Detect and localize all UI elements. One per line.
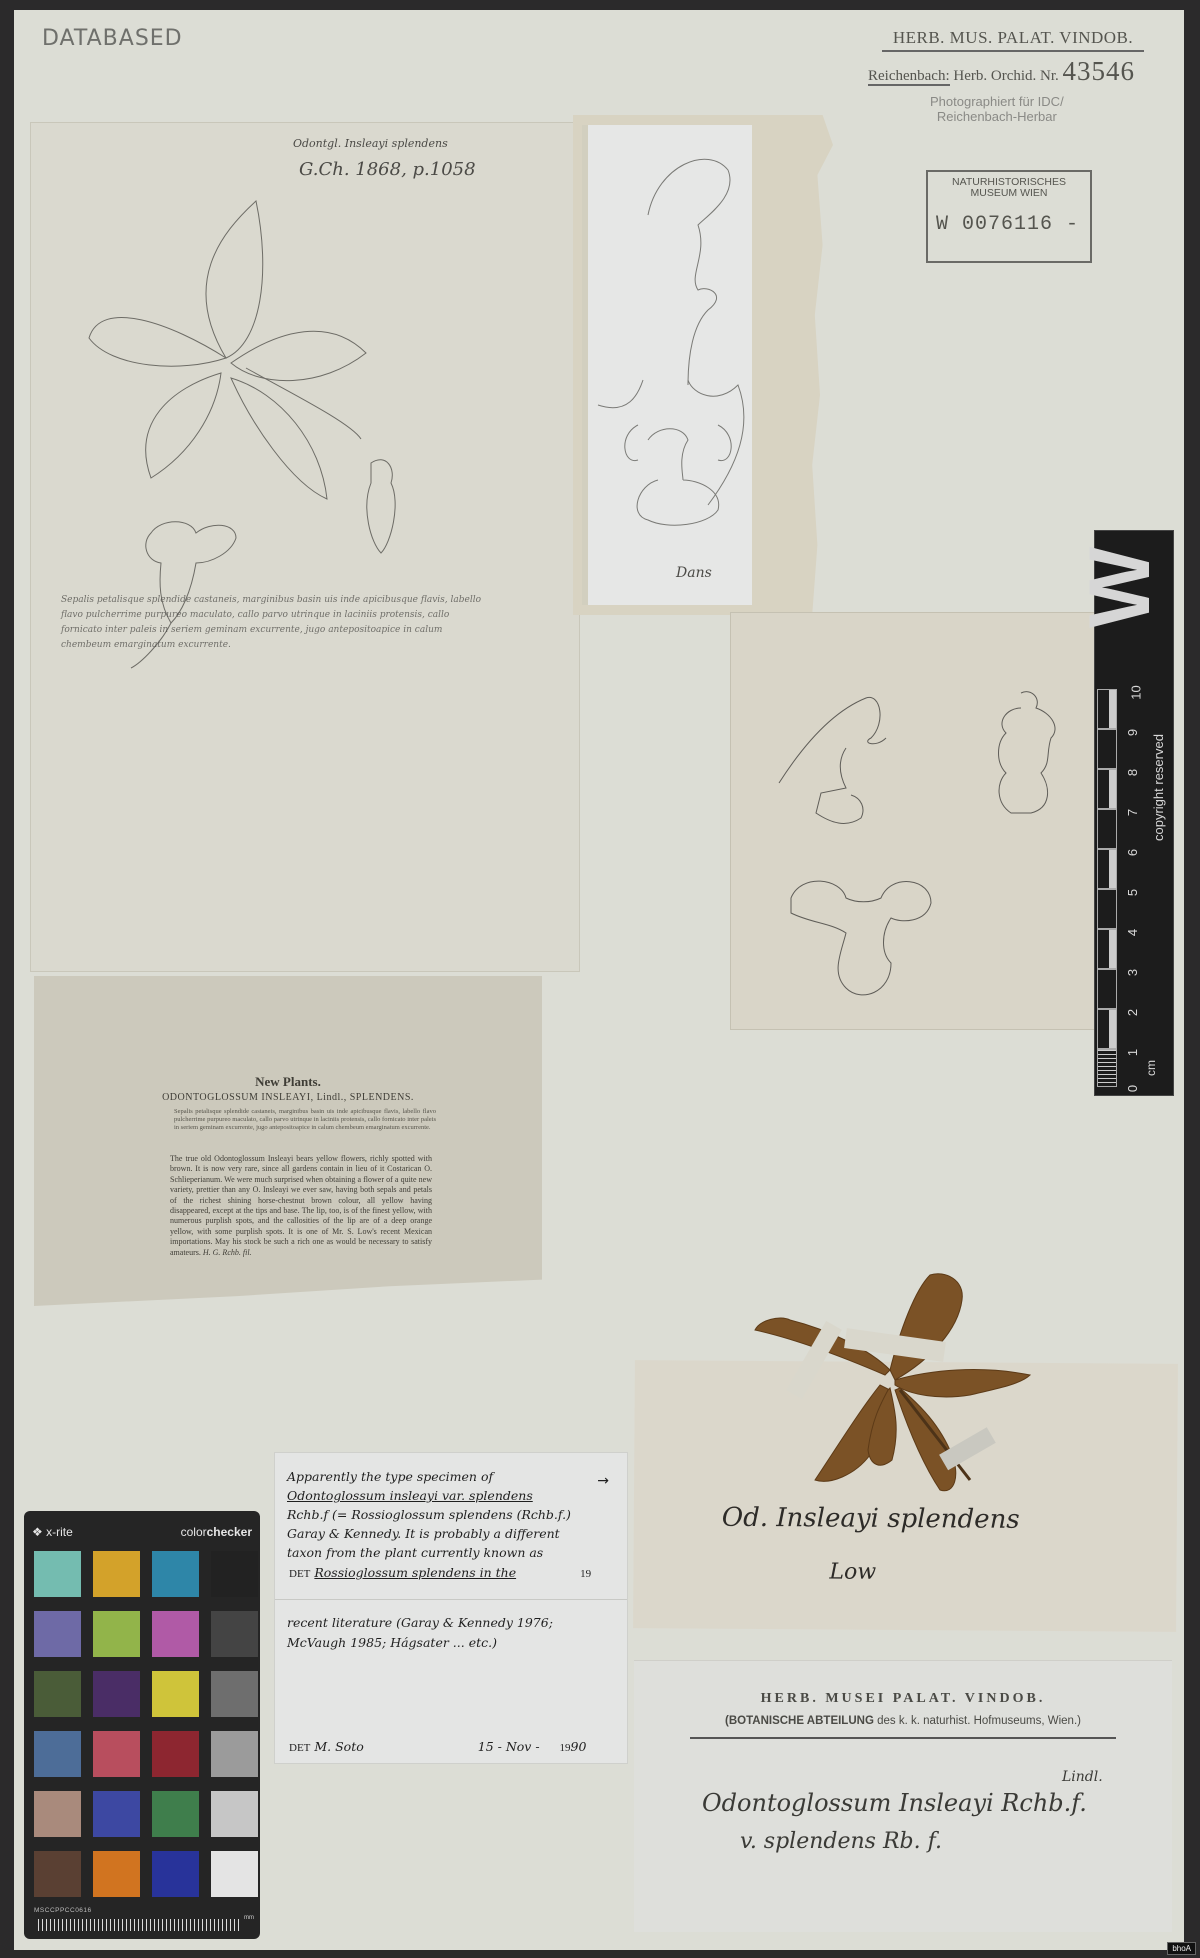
- databased-stamp: DATABASED: [42, 26, 183, 51]
- product-light: color: [181, 1525, 207, 1539]
- det-line-6: Rossioglossum splendens in the: [314, 1565, 516, 1580]
- clipping-signature: H. G. Rchb. fil.: [203, 1248, 252, 1257]
- floral-dissection-sheet: [730, 612, 1098, 1030]
- museum-label-sub-bold: (BOTANISCHE ABTEILUNG: [725, 1715, 874, 1727]
- mm-unit-label: mm: [244, 1915, 254, 1921]
- color-patch: [34, 1851, 81, 1897]
- nhm-line2: MUSEUM WIEN: [928, 188, 1090, 199]
- scale-num-4: 4: [1125, 929, 1140, 936]
- det-continuation-2: McVaugh 1985; Hágsater ... etc.): [287, 1633, 497, 1652]
- color-patch: [152, 1551, 199, 1597]
- color-patch: [211, 1551, 258, 1597]
- det-continuation-1: recent literature (Garay & Kennedy 1976;: [287, 1613, 553, 1632]
- scale-num-8: 8: [1125, 769, 1140, 776]
- colorchecker-serial: MSCCPPCC0616: [34, 1907, 92, 1914]
- specimen-label-collector: Low: [829, 1559, 876, 1584]
- newspaper-clipping: New Plants. ODONTOGLOSSUM INSLEAYI, Lind…: [34, 976, 542, 1306]
- colorchecker-product: colorchecker: [181, 1525, 252, 1539]
- color-patch: [152, 1791, 199, 1837]
- w-logo-icon: W: [1088, 564, 1178, 628]
- cm-unit-label: cm: [1144, 1060, 1158, 1076]
- column-sketch: [588, 125, 752, 605]
- handwritten-notes-text: Sepalis petalisque splendide castaneis, …: [61, 595, 481, 650]
- card-divider: [275, 1599, 627, 1600]
- color-patch: [211, 1731, 258, 1777]
- colorchecker-header: ❖ x-rite colorchecker: [32, 1525, 252, 1539]
- orchid-flower-sketch: [31, 123, 581, 973]
- scale-num-5: 5: [1125, 889, 1140, 896]
- herbarium-number: 43546: [1063, 56, 1136, 86]
- det-line-1: Apparently the type specimen of: [287, 1467, 493, 1486]
- scale-num-9: 9: [1125, 729, 1140, 736]
- color-patch: [93, 1611, 140, 1657]
- herbarium-header-line1: HERB. MUS. PALAT. VINDOB.: [882, 28, 1144, 52]
- color-patch: [211, 1791, 258, 1837]
- color-patch: [152, 1851, 199, 1897]
- color-patch: [93, 1671, 140, 1717]
- dried-orchid-specimen: [730, 1220, 1050, 1520]
- det-label: DET: [289, 1742, 310, 1754]
- det-line-3: Rchb.f (= Rossioglossum splendens (Rchb.…: [287, 1505, 571, 1524]
- museum-label-correction: Lindl.: [1062, 1769, 1103, 1785]
- xrite-brand: x-rite: [46, 1525, 73, 1539]
- scale-num-1: 1: [1125, 1049, 1140, 1056]
- herb-orchid-label: Herb. Orchid. Nr.: [953, 68, 1058, 84]
- color-patch: [93, 1731, 140, 1777]
- clipping-species-line: ODONTOGLOSSUM INSLEAYI, Lindl., SPLENDEN…: [34, 1092, 542, 1103]
- herbarium-header-stamp: HERB. MUS. PALAT. VINDOB. Reichenbach: H…: [868, 28, 1188, 87]
- det-label-top: DET: [289, 1568, 310, 1580]
- determination-card: → Apparently the type specimen of Odonto…: [274, 1452, 628, 1764]
- color-patch: [34, 1791, 81, 1837]
- scale-numbers: 10 9 8 7 6 5 4 3 2 1 0: [1129, 681, 1143, 1081]
- herbarium-header-line2: Reichenbach: Herb. Orchid. Nr. 43546: [868, 56, 1188, 87]
- nhm-barcode-stamp: NATURHISTORISCHES MUSEUM WIEN W 0076116 …: [926, 170, 1092, 263]
- color-patch: [211, 1671, 258, 1717]
- det-year-prefix: 19: [560, 1742, 571, 1754]
- museum-label-sub-rest: des k. k. naturhist. Hofmuseums, Wien.): [877, 1715, 1081, 1727]
- barcode-id: W 0076116 -: [936, 213, 1090, 236]
- museum-label-name-line2: v. splendens Rb. f.: [740, 1829, 942, 1854]
- color-patch: [93, 1791, 140, 1837]
- museum-label: HERB. MUSEI PALAT. VINDOB. (BOTANISCHE A…: [634, 1660, 1172, 1932]
- color-patch: [152, 1671, 199, 1717]
- scale-num-10: 10: [1129, 685, 1144, 699]
- det-name: M. Soto: [314, 1739, 363, 1754]
- color-patch: [34, 1611, 81, 1657]
- clipping-heading: New Plants.: [34, 1074, 542, 1090]
- color-patch-grid: [34, 1551, 258, 1897]
- nhm-name: NATURHISTORISCHES MUSEUM WIEN: [928, 177, 1090, 199]
- det-line-4: Garay & Kennedy. It is probably a differ…: [287, 1524, 560, 1543]
- xrite-logo: ❖ x-rite: [32, 1525, 73, 1539]
- scale-num-0: 0: [1125, 1085, 1140, 1092]
- museum-label-rule: [690, 1737, 1116, 1739]
- colorchecker-card: ❖ x-rite colorchecker MSCCPPCC0616 mm: [24, 1511, 260, 1939]
- det-date: 15 - Nov -: [478, 1739, 540, 1754]
- color-patch: [93, 1851, 140, 1897]
- museum-label-subheading: (BOTANISCHE ABTEILUNG des k. k. naturhis…: [634, 1715, 1172, 1727]
- scale-num-6: 6: [1125, 849, 1140, 856]
- museum-label-heading: HERB. MUSEI PALAT. VINDOB.: [634, 1691, 1172, 1707]
- scale-num-2: 2: [1125, 1009, 1140, 1016]
- copyright-text: copyright reserved: [1151, 734, 1166, 841]
- color-patch: [152, 1611, 199, 1657]
- scale-num-7: 7: [1125, 809, 1140, 816]
- det-line-2: Odontoglossum insleayi var. splendens: [287, 1486, 533, 1505]
- cm-ruler: [1097, 689, 1117, 1087]
- det-line-5: taxon from the plant currently known as: [287, 1543, 543, 1562]
- photographed-stamp: Photographiert für IDC/ Reichenbach-Herb…: [930, 94, 1064, 124]
- scale-num-3: 3: [1125, 969, 1140, 976]
- color-patch: [152, 1731, 199, 1777]
- scale-bar: W 10 9 8 7 6 5 4 3 2 1 0 copyright reser…: [1094, 530, 1174, 1096]
- photographed-line1: Photographiert für IDC/: [930, 94, 1064, 109]
- det-year: 90: [571, 1739, 587, 1754]
- corner-logo-badge: bhoA: [1167, 1942, 1196, 1955]
- product-bold: checker: [207, 1525, 252, 1539]
- clipping-latin-diagnosis: Sepalis petalisque splendide castaneis, …: [174, 1108, 436, 1132]
- drawing-signature: Dans: [676, 565, 712, 581]
- color-patch: [34, 1671, 81, 1717]
- photographed-line2: Reichenbach-Herbar: [930, 109, 1064, 124]
- floral-dissection-sketch: [731, 613, 1099, 1031]
- color-patch: [211, 1851, 258, 1897]
- color-patch: [34, 1731, 81, 1777]
- det-line-6-row: DET Rossioglossum splendens in the 19: [289, 1563, 591, 1584]
- det-year-prefix-top: 19: [580, 1568, 591, 1580]
- arrow-icon: →: [597, 1473, 609, 1489]
- handwritten-latin-notes: Sepalis petalisque splendide castaneis, …: [61, 593, 481, 653]
- color-patch: [93, 1551, 140, 1597]
- color-patch: [34, 1551, 81, 1597]
- clipping-body-text: The true old Odontoglossum Insleayi bear…: [170, 1154, 432, 1257]
- orchid-drawing-sheet: Odontgl. Insleayi splendens G.Ch. 1868, …: [30, 122, 580, 972]
- museum-label-name-line1: Odontoglossum Insleayi Rchb.f.: [702, 1789, 1087, 1817]
- mm-ruler: [38, 1919, 242, 1931]
- color-patch: [211, 1611, 258, 1657]
- clipping-body: The true old Odontoglossum Insleayi bear…: [170, 1154, 432, 1258]
- reichenbach-label: Reichenbach:: [868, 68, 950, 86]
- det-signature-row: DET M. Soto 15 - Nov - 1990: [289, 1737, 586, 1758]
- column-drawing-sheet: Dans: [582, 125, 752, 605]
